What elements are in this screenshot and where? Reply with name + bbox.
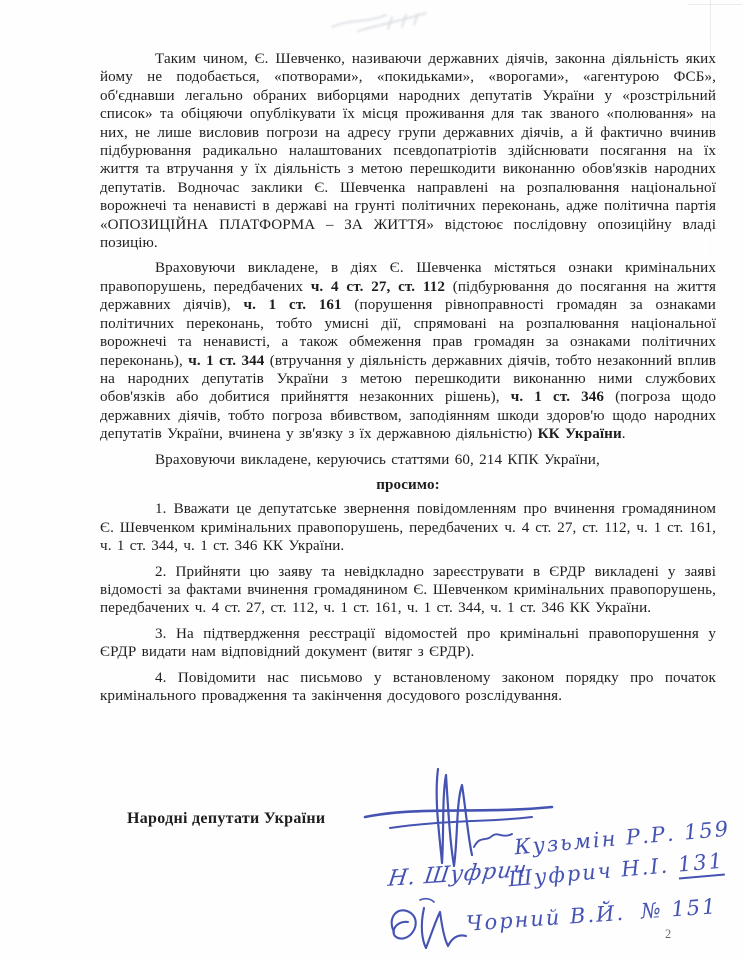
signature-caption-chornyi: Чорний В.Й.№ 151 [465,894,718,935]
text-run: . [622,426,626,442]
request-item-4: 4. Повідомити нас письмово у встановлено… [100,669,716,706]
signature-number: № 151 [640,894,718,923]
request-item-3: 3. На підтвердження реєстрації відомосте… [100,625,716,662]
bold-text-run: ч. 1 ст. 346 [511,389,604,405]
text-run: 1. Вважати це депутатське звернення пові… [100,501,716,554]
bold-text-run: просимо: [376,477,440,493]
bold-text-run: ч. 4 ст. 27, ст. 112 [311,279,445,295]
signatories-label: Народні депутати України [127,810,325,828]
text-run: Враховуючи викладене, керуючись статтями… [155,452,600,468]
text-run: 4. Повідомити нас письмово у встановлено… [100,670,716,704]
paragraph-legal-basis: Враховуючи викладене, керуючись статтями… [100,451,716,469]
text-run: 2. Прийняти цю заяву та невідкладно заре… [100,564,716,617]
scan-smudge-artifact [328,4,433,36]
scan-edge-artifact-horizontal [688,4,742,5]
request-heading: просимо: [100,476,716,494]
page-number: 2 [665,927,671,942]
paragraph-accusation: Таким чином, Є. Шевченко, називаючи держ… [100,50,716,252]
text-run: 3. На підтвердження реєстрації відомосте… [100,626,716,660]
signature-number: 131 [677,849,725,880]
bold-text-run: КК України [538,426,622,442]
paragraph-legal-qualification: Враховуючи викладене, в діях Є. Шевченка… [100,259,716,443]
bold-text-run: ч. 1 ст. 161 [244,297,342,313]
bold-text-run: ч. 1 ст. 344 [188,353,264,369]
signature-scribble-chornyi [384,894,479,956]
document-body: Таким чином, Є. Шевченко, називаючи держ… [100,50,716,712]
text-run: Таким чином, Є. Шевченко, називаючи держ… [100,51,716,251]
signature-text: Чорний В.Й. [465,901,625,936]
request-item-2: 2. Прийняти цю заяву та невідкладно заре… [100,563,716,618]
scanned-document-page: Таким чином, Є. Шевченко, називаючи держ… [0,0,742,960]
request-item-1: 1. Вважати це депутатське звернення пові… [100,500,716,555]
